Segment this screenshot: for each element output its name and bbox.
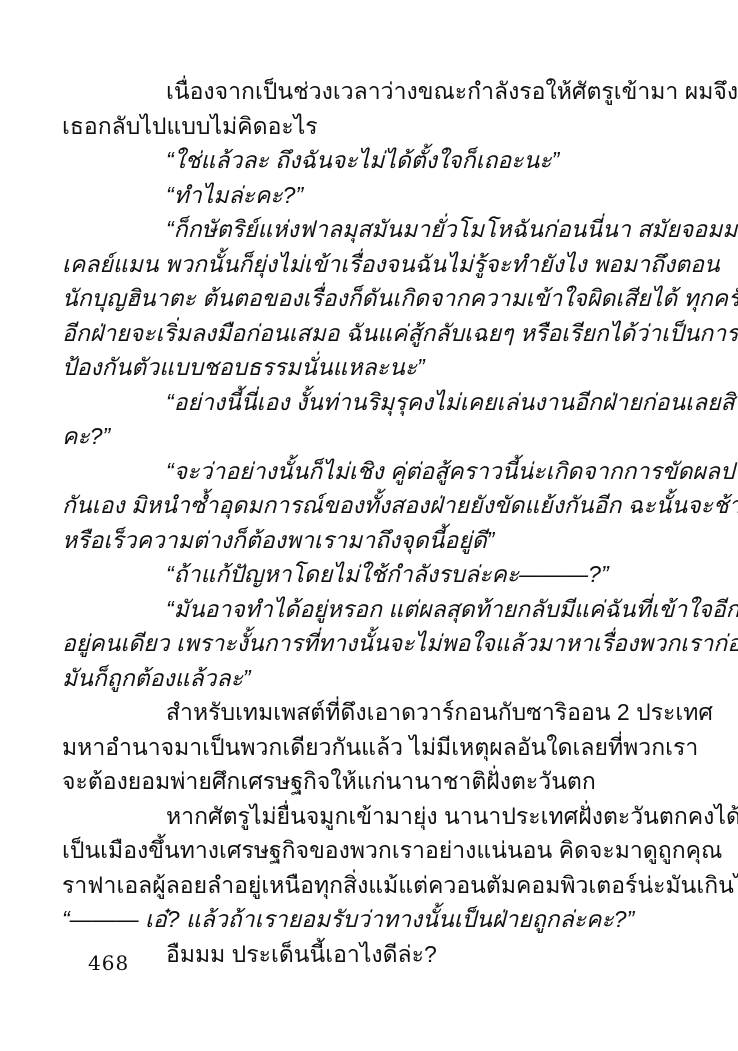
text-line: เนื่องจากเป็นช่วงเวลาว่างขณะกำลังรอให้ศั… xyxy=(62,74,680,109)
text-line: ป้องกันตัวแบบชอบธรรมนั่นแหละนะ” xyxy=(62,350,680,385)
text-line: คะ?” xyxy=(62,419,680,454)
text-line: กันเอง มิหนำซ้ำอุดมการณ์ของทั้งสองฝ่ายยั… xyxy=(62,488,680,523)
text-line: “อย่างนี้นี่เอง งั้นท่านริมุรุคงไม่เคยเล… xyxy=(62,385,680,420)
text-line: ราฟาเอลผู้ลอยลำอยู่เหนือทุกสิ่งแม้แต่ควอ… xyxy=(62,868,680,903)
text-line: “——— เอ๋? แล้วถ้าเรายอมรับว่าทางนั้นเป็น… xyxy=(62,902,680,937)
text-line: “ก็กษัตริย์แห่งฟาลมุสมันมายั่วโมโหฉันก่อ… xyxy=(62,212,680,247)
text-line: อยู่คนเดียว เพราะงั้นการที่ทางนั้นจะไม่พ… xyxy=(62,626,680,661)
text-line: มันก็ถูกต้องแล้วละ” xyxy=(62,661,680,696)
text-line: “ใช่แล้วละ ถึงฉันจะไม่ได้ตั้งใจก็เถอะนะ” xyxy=(62,143,680,178)
text-line: อืมมม ประเด็นนี้เอาไงดีล่ะ? xyxy=(62,937,680,972)
text-line: อีกฝ่ายจะเริ่มลงมือก่อนเสมอ ฉันแค่สู้กลั… xyxy=(62,316,680,351)
text-line: มหาอำนาจมาเป็นพวกเดียวกันแล้ว ไม่มีเหตุผ… xyxy=(62,730,680,765)
text-line: นักบุญฮินาตะ ต้นตอของเรื่องก็ดันเกิดจากค… xyxy=(62,281,680,316)
text-line: เธอกลับไปแบบไม่คิดอะไร xyxy=(62,109,680,144)
text-line: หรือเร็วความต่างก็ต้องพาเรามาถึงจุดนี้อย… xyxy=(62,523,680,558)
text-line: หากศัตรูไม่ยื่นจมูกเข้ามายุ่ง นานาประเทศ… xyxy=(62,799,680,834)
text-line: เคลย์แมน พวกนั้นก็ยุ่งไม่เข้าเรื่องจนฉัน… xyxy=(62,247,680,282)
text-block: เนื่องจากเป็นช่วงเวลาว่างขณะกำลังรอให้ศั… xyxy=(62,74,680,971)
text-line: “จะว่าอย่างนั้นก็ไม่เชิง คู่ต่อสู้คราวนี… xyxy=(62,454,680,489)
text-line: จะต้องยอมพ่ายศึกเศรษฐกิจให้แก่นานาชาติฝั… xyxy=(62,764,680,799)
text-line: “ถ้าแก้ปัญหาโดยไม่ใช้กำลังรบล่ะคะ———?” xyxy=(62,557,680,592)
book-page: เนื่องจากเป็นช่วงเวลาว่างขณะกำลังรอให้ศั… xyxy=(0,0,738,1051)
text-line: “มันอาจทำได้อยู่หรอก แต่ผลสุดท้ายกลับมีแ… xyxy=(62,592,680,627)
text-line: “ทำไมล่ะคะ?” xyxy=(62,178,680,213)
page-number: 468 xyxy=(88,951,129,975)
text-line: เป็นเมืองขึ้นทางเศรษฐกิจของพวกเราอย่างแน… xyxy=(62,833,680,868)
text-line: สำหรับเทมเพสต์ที่ดึงเอาดวาร์กอนกับซาริออ… xyxy=(62,695,680,730)
